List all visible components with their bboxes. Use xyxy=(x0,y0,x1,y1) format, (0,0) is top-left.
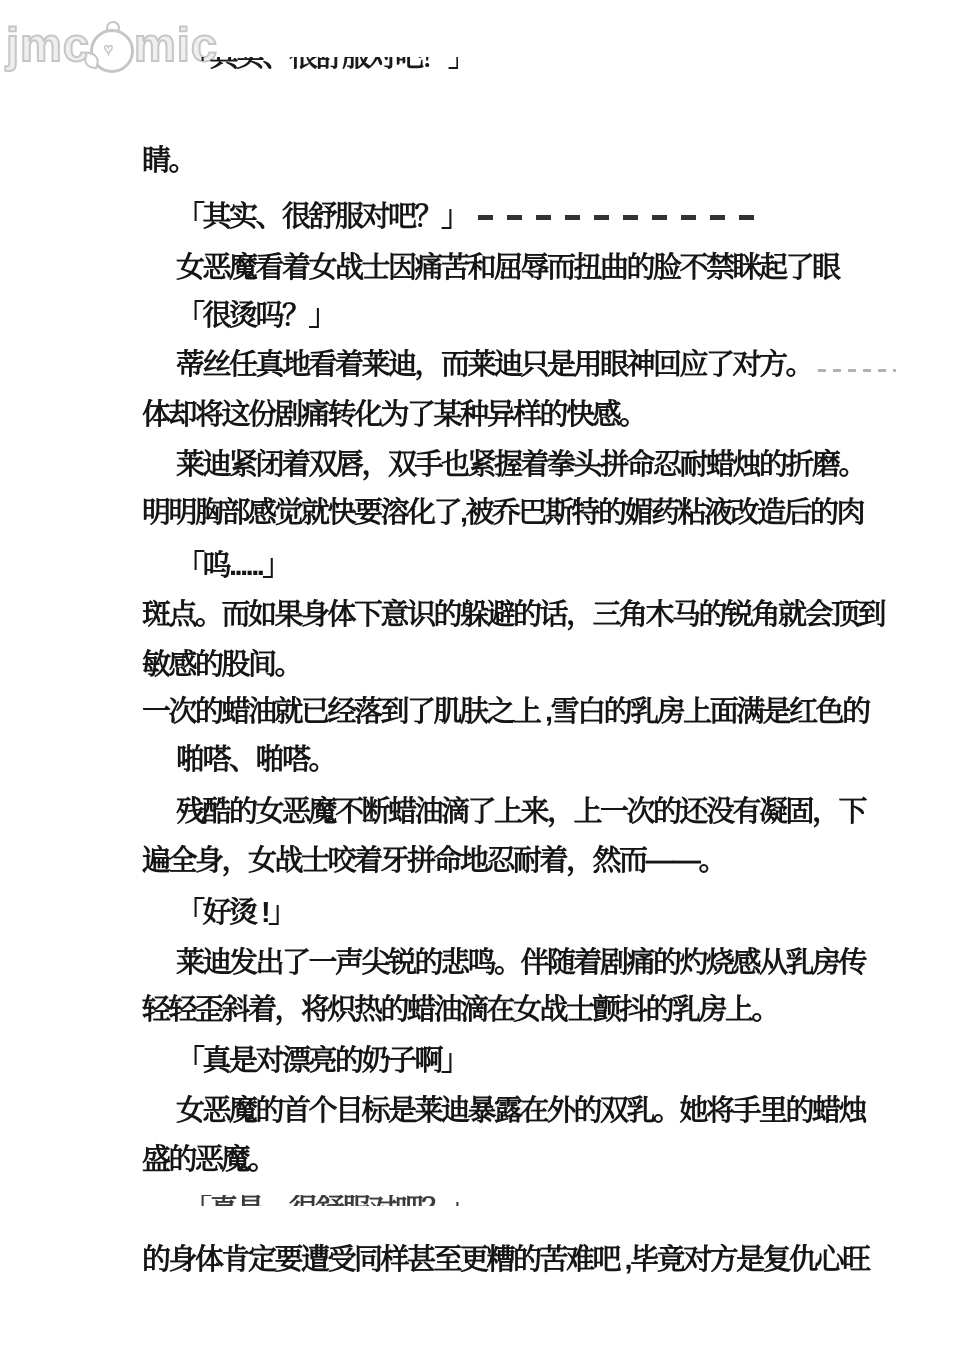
line-text: 一次的蜡油就已经落到了肌肤之上 ,雪白的乳房上面满是红色的 xyxy=(142,696,869,728)
text-line: 遍全身，女战士咬着牙拼命地忍耐着，然而——。 xyxy=(142,845,725,881)
line-text: 啪嗒、啪嗒。 xyxy=(176,744,335,776)
watermark-text-left: jmc xyxy=(6,22,90,68)
line-text: 的身体肯定要遭受同样甚至更糟的苦难吧 ,毕竟对方是复仇心旺 xyxy=(142,1244,869,1276)
text-line: 「呜......」 xyxy=(176,550,289,586)
text-line: 体却将这份剧痛转化为了某种异样的快感。 xyxy=(142,399,646,435)
mascot-bird-icon: ♥ xyxy=(88,25,134,71)
erased-text-fragments xyxy=(478,215,758,220)
line-text: 明明胸部感觉就快要溶化了,被乔巴斯特的媚药粘液改造后的肉 xyxy=(142,497,863,529)
text-line: 「好烫 !」 xyxy=(176,897,295,933)
line-text: 莱迪发出了一声尖锐的悲鸣。伴随着剧痛的灼烧感从乳房传 xyxy=(176,947,865,979)
novel-text-page: jmc ♥ mic 「其实、很舒服对吧？」 睛。 「其实、很舒服对吧？」 女恶魔… xyxy=(0,0,960,1358)
text-line: 睛。 xyxy=(142,145,195,181)
text-line: 轻轻歪斜着，将炽热的蜡油滴在女战士颤抖的乳房上。 xyxy=(142,994,778,1030)
clipped-line-artifact-middle: 「真是、很舒服对吧？」 xyxy=(183,1195,463,1206)
line-text: 「呜......」 xyxy=(176,550,289,582)
text-line: 女恶魔的首个目标是莱迪暴露在外的双乳。她将手里的蜡烛 xyxy=(176,1095,865,1131)
clipped-line-artifact-top: 「其实、很舒服对吧？」 xyxy=(183,57,458,76)
line-text: 残酷的女恶魔不断蜡油滴了上来，上一次的还没有凝固，下 xyxy=(176,796,865,828)
text-line: 盛的恶魔。 xyxy=(142,1144,275,1180)
line-text: 「真是对漂亮的奶子啊」 xyxy=(176,1045,468,1077)
text-line: 莱迪发出了一声尖锐的悲鸣。伴随着剧痛的灼烧感从乳房传 xyxy=(176,947,865,983)
line-text: 斑点。而如果身体下意识的躲避的话，三角木马的锐角就会顶到 xyxy=(142,599,884,631)
line-text: 「其实、很舒服对吧？」 xyxy=(176,201,468,233)
text-line: 一次的蜡油就已经落到了肌肤之上 ,雪白的乳房上面满是红色的 xyxy=(142,696,869,732)
line-text: 睛。 xyxy=(142,145,195,177)
text-line: 敏感的股间。 xyxy=(142,649,301,685)
text-line: 「其实、很舒服对吧？」 xyxy=(176,201,758,237)
clipped-text: 「真是、很舒服对吧？」 xyxy=(183,1195,463,1206)
line-text: 轻轻歪斜着，将炽热的蜡油滴在女战士颤抖的乳房上。 xyxy=(142,994,778,1026)
text-line: 的身体肯定要遭受同样甚至更糟的苦难吧 ,毕竟对方是复仇心旺 xyxy=(142,1244,869,1280)
line-text: 盛的恶魔。 xyxy=(142,1144,275,1176)
text-line: 「真是对漂亮的奶子啊」 xyxy=(176,1045,468,1081)
line-text: 莱迪紧闭着双唇，双手也紧握着拳头拼命忍耐蜡烛的折磨。 xyxy=(176,449,865,481)
line-text: 「好烫 !」 xyxy=(176,897,295,929)
heart-icon: ♥ xyxy=(104,41,113,58)
text-line: 「很烫吗？」 xyxy=(176,300,335,336)
text-line: 女恶魔看着女战士因痛苦和屈辱而扭曲的脸不禁眯起了眼 xyxy=(176,252,839,288)
line-text: 蒂丝任真地看着莱迪，而莱迪只是用眼神回应了对方。 xyxy=(176,349,812,381)
line-text: 体却将这份剧痛转化为了某种异样的快感。 xyxy=(142,399,646,431)
line-text: 女恶魔看着女战士因痛苦和屈辱而扭曲的脸不禁眯起了眼 xyxy=(176,252,839,284)
line-text: 「很烫吗？」 xyxy=(176,300,335,332)
line-text: 敏感的股间。 xyxy=(142,649,301,681)
text-line: 明明胸部感觉就快要溶化了,被乔巴斯特的媚药粘液改造后的肉 xyxy=(142,497,863,533)
clipped-text: 「其实、很舒服对吧？」 xyxy=(183,57,458,72)
text-line: 啪嗒、啪嗒。 xyxy=(176,744,335,780)
line-text: 女恶魔的首个目标是莱迪暴露在外的双乳。她将手里的蜡烛 xyxy=(176,1095,865,1127)
text-line: 斑点。而如果身体下意识的躲避的话，三角木马的锐角就会顶到 xyxy=(142,599,884,635)
text-line: 莱迪紧闭着双唇，双手也紧握着拳头拼命忍耐蜡烛的折磨。 xyxy=(176,449,865,485)
text-line: 蒂丝任真地看着莱迪，而莱迪只是用眼神回应了对方。 xyxy=(176,349,896,385)
text-line: 残酷的女恶魔不断蜡油滴了上来，上一次的还没有凝固，下 xyxy=(176,796,865,832)
faded-dots-artifact xyxy=(818,369,896,372)
line-text: 遍全身，女战士咬着牙拼命地忍耐着，然而——。 xyxy=(142,845,725,877)
